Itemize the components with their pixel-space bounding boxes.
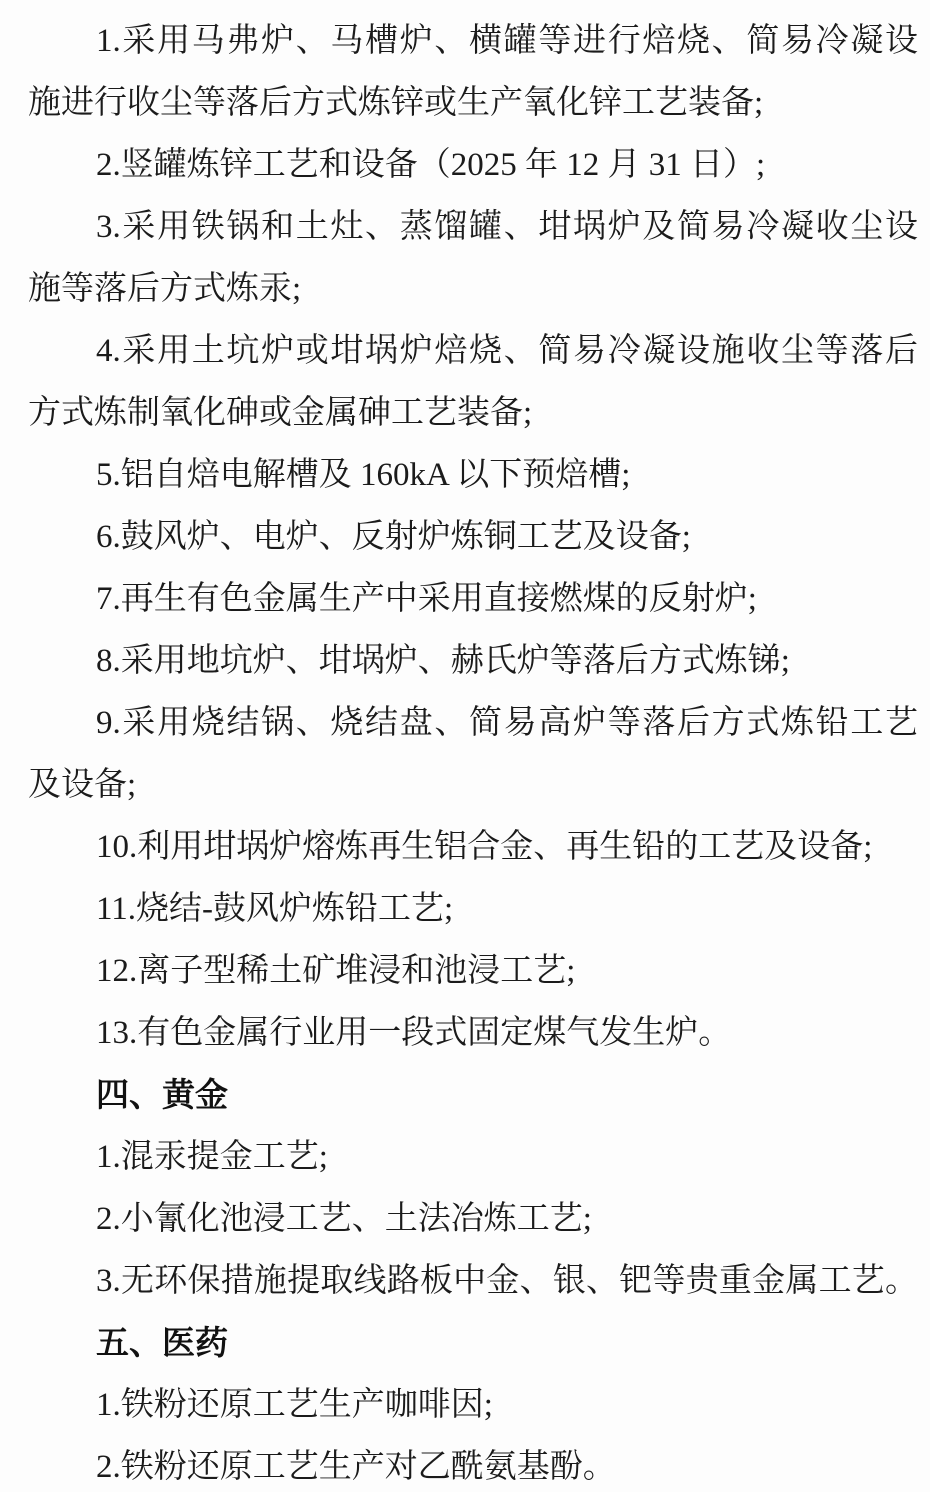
list-item-line-6: 4.采用土坑炉或坩埚炉焙烧、简易冷凝设施收尘等落后 — [28, 320, 918, 382]
list-item-line-14: 10.利用坩埚炉熔炼再生铝合金、再生铅的工艺及设备; — [28, 816, 918, 878]
document-page: 1.采用马弗炉、马槽炉、横罐等进行焙烧、简易冷凝设 施进行收尘等落后方式炼锌或生… — [0, 0, 930, 1492]
list-item-line-1: 1.采用马弗炉、马槽炉、横罐等进行焙烧、简易冷凝设 — [28, 10, 918, 72]
list-item-line-4: 3.采用铁锅和土灶、蒸馏罐、坩埚炉及简易冷凝收尘设 — [28, 196, 918, 258]
section-heading-pharma: 五、医药 — [28, 1312, 918, 1374]
section-heading-gold: 四、黄金 — [28, 1064, 918, 1126]
list-item-line-18: 1.混汞提金工艺; — [28, 1126, 918, 1188]
list-item-line-19: 2.小氰化池浸工艺、土法冶炼工艺; — [28, 1188, 918, 1250]
list-item-line-21: 1.铁粉还原工艺生产咖啡因; — [28, 1374, 918, 1436]
list-item-line-11: 8.采用地坑炉、坩埚炉、赫氏炉等落后方式炼锑; — [28, 630, 918, 692]
list-item-line-8: 5.铝自焙电解槽及 160kA 以下预焙槽; — [28, 444, 918, 506]
list-item-line-10: 7.再生有色金属生产中采用直接燃煤的反射炉; — [28, 568, 918, 630]
list-item-line-3: 2.竖罐炼锌工艺和设备（2025 年 12 月 31 日）; — [28, 134, 918, 196]
list-item-line-13: 及设备; — [28, 754, 918, 816]
list-item-line-12: 9.采用烧结锅、烧结盘、简易高炉等落后方式炼铅工艺 — [28, 692, 918, 754]
list-item-line-20: 3.无环保措施提取线路板中金、银、钯等贵重金属工艺。 — [28, 1250, 918, 1312]
list-item-line-7: 方式炼制氧化砷或金属砷工艺装备; — [28, 382, 918, 444]
list-item-line-2: 施进行收尘等落后方式炼锌或生产氧化锌工艺装备; — [28, 72, 918, 134]
list-item-line-16: 12.离子型稀土矿堆浸和池浸工艺; — [28, 940, 918, 1002]
list-item-line-5: 施等落后方式炼汞; — [28, 258, 918, 320]
list-item-line-15: 11.烧结-鼓风炉炼铅工艺; — [28, 878, 918, 940]
list-item-line-9: 6.鼓风炉、电炉、反射炉炼铜工艺及设备; — [28, 506, 918, 568]
list-item-line-17: 13.有色金属行业用一段式固定煤气发生炉。 — [28, 1002, 918, 1064]
list-item-line-22: 2.铁粉还原工艺生产对乙酰氨基酚。 — [28, 1436, 918, 1492]
